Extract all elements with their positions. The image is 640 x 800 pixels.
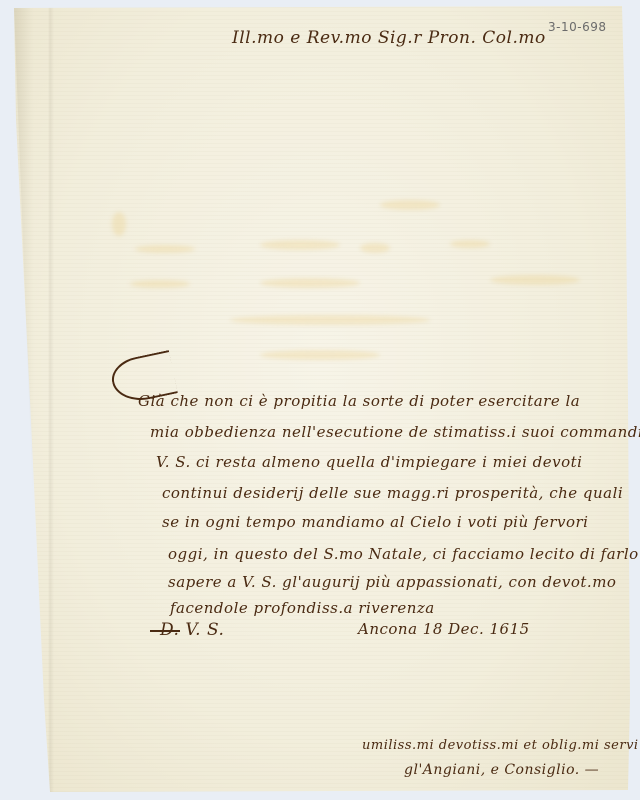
archive-reference-number: 3-10-698 xyxy=(548,20,606,34)
ink-bleed-stain xyxy=(260,350,380,360)
ink-bleed-stain xyxy=(490,275,580,285)
body-line-8: facendole profondiss.a riverenza xyxy=(170,599,435,617)
body-line-3: V. S. ci resta almeno quella d'impiegare… xyxy=(156,453,582,471)
salutation: D. V. S. xyxy=(160,620,224,640)
address-line: Ill.mo e Rev.mo Sig.r Pron. Col.mo xyxy=(232,28,546,48)
body-line-6: oggi, in questo del S.mo Natale, ci facc… xyxy=(168,545,639,563)
ink-bleed-stain xyxy=(130,280,190,288)
ink-bleed-stain xyxy=(135,245,195,253)
ink-bleed-stain xyxy=(450,240,490,248)
closing-line-1: umiliss.mi devotiss.mi et oblig.mi servi xyxy=(362,738,639,753)
body-line-1: Già che non ci è propitia la sorte di po… xyxy=(138,392,580,410)
ink-bleed-stain xyxy=(360,243,390,253)
ink-bleed-stain xyxy=(380,200,440,210)
place-and-date: Ancona 18 Dec. 1615 xyxy=(358,620,530,638)
closing-signature: gl'Angiani, e Consiglio. — xyxy=(404,762,599,778)
ink-bleed-stain xyxy=(260,240,340,250)
body-line-7: sapere a V. S. gl'augurij più appassiona… xyxy=(168,573,616,591)
body-line-5: se in ogni tempo mandiamo al Cielo i vot… xyxy=(162,513,588,531)
ink-bleed-stain xyxy=(260,278,360,288)
body-line-4: continui desiderij delle sue magg.ri pro… xyxy=(162,484,623,502)
ink-bleed-stain xyxy=(230,315,430,325)
ink-bleed-stain xyxy=(112,212,126,236)
body-line-2: mia obbedienza nell'esecutione de stimat… xyxy=(150,423,640,441)
